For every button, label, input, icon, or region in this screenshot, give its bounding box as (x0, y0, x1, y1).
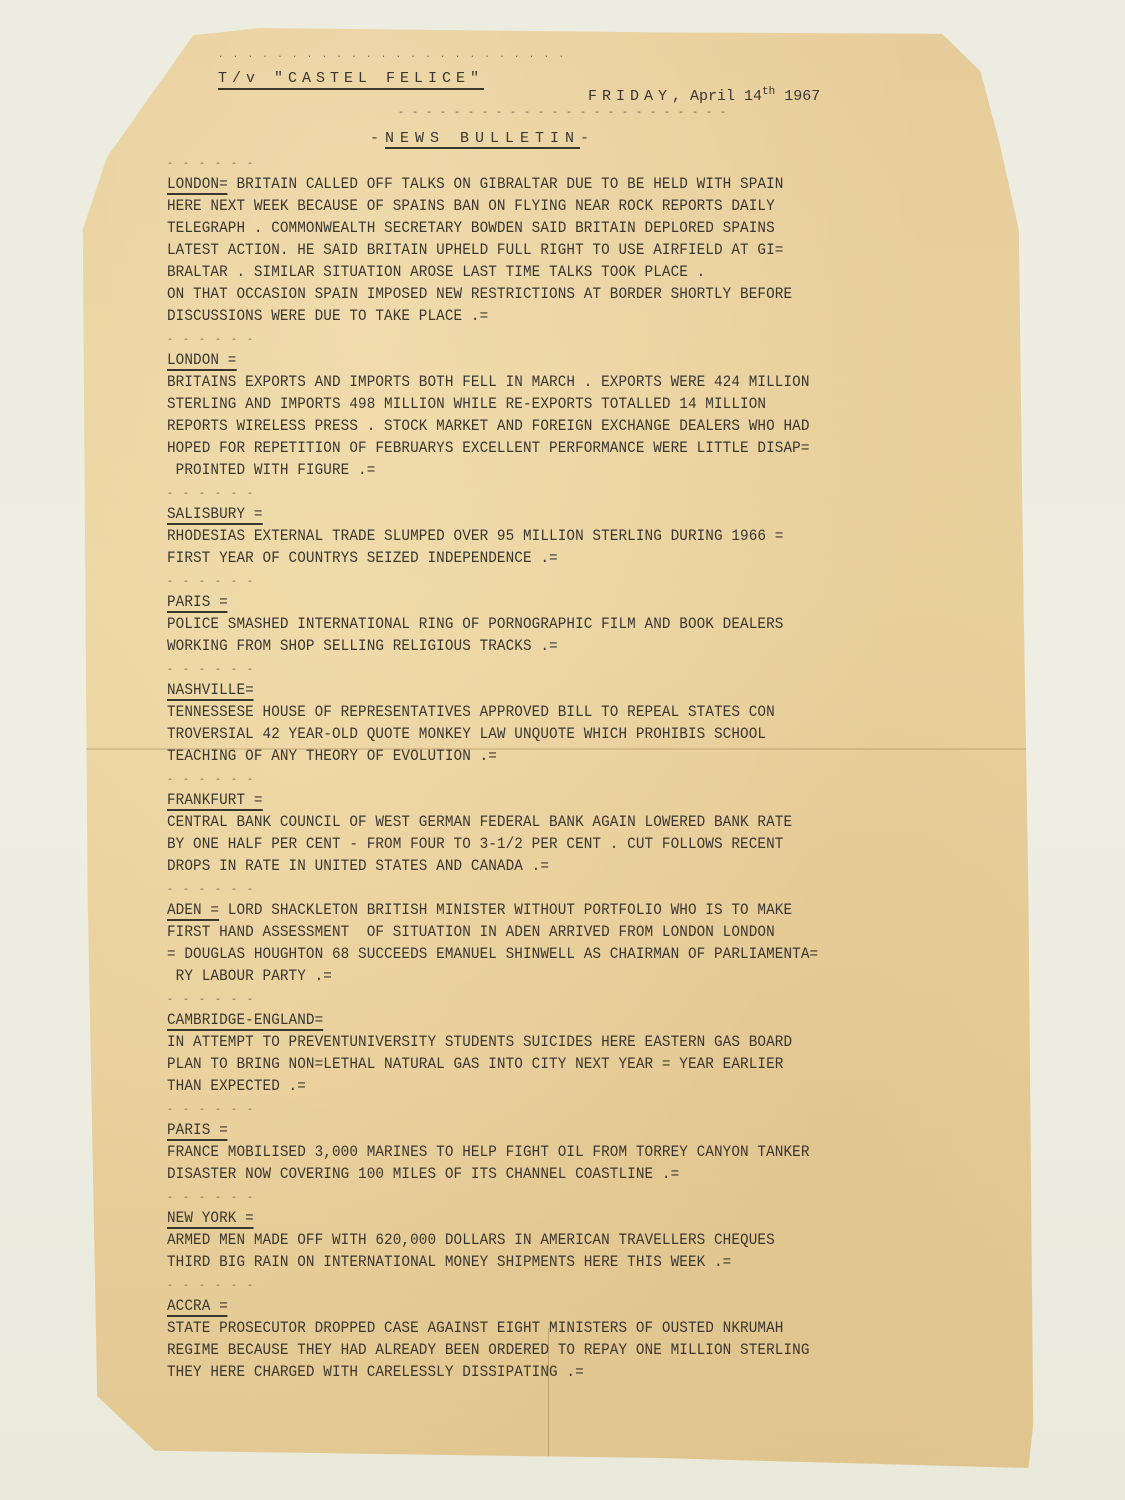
news-item: CAMBRIDGE-ENGLAND=IN ATTEMPT TO PREVENTU… (167, 1009, 1027, 1097)
news-dateline: LONDON= (167, 175, 228, 195)
news-text-line: = DOUGLAS HOUGHTON 68 SUCCEEDS EMANUEL S… (167, 943, 967, 965)
news-text-line: HERE NEXT WEEK BECAUSE OF SPAINS BAN ON … (167, 195, 967, 217)
news-text-line: TROVERSIAL 42 YEAR-OLD QUOTE MONKEY LAW … (167, 723, 967, 745)
news-text-line: IN ATTEMPT TO PREVENTUNIVERSITY STUDENTS… (167, 1031, 967, 1053)
news-item: ADEN = LORD SHACKLETON BRITISH MINISTER … (167, 899, 1027, 987)
news-text-line: PROINTED WITH FIGURE .= (167, 459, 967, 481)
item-separator: - - - - - - (167, 993, 1027, 1009)
news-text-line: REPORTS WIRELESS PRESS . STOCK MARKET AN… (167, 415, 967, 437)
news-text-line: TEACHING OF ANY THEORY OF EVOLUTION .= (167, 745, 967, 767)
news-text-line: PLAN TO BRING NON=LETHAL NATURAL GAS INT… (167, 1053, 967, 1075)
news-dateline: NASHVILLE= (167, 681, 254, 701)
news-text-line: FIRST YEAR OF COUNTRYS SEIZED INDEPENDEN… (167, 547, 967, 569)
news-text-line: DISCUSSIONS WERE DUE TO TAKE PLACE .= (167, 305, 967, 327)
news-text-line: DROPS IN RATE IN UNITED STATES AND CANAD… (167, 855, 967, 877)
item-separator: - - - - - - (167, 1103, 1027, 1119)
news-text-line: BY ONE HALF PER CENT - FROM FOUR TO 3-1/… (167, 833, 967, 855)
item-separator: - - - - - - (167, 333, 1027, 349)
news-item: PARIS =FRANCE MOBILISED 3,000 MARINES TO… (167, 1119, 1027, 1185)
news-text-line: POLICE SMASHED INTERNATIONAL RING OF POR… (167, 613, 967, 635)
news-text-line: RY LABOUR PARTY .= (167, 965, 967, 987)
item-separator: - - - - - - (167, 157, 1027, 173)
bulletin-title: -NEWS BULLETIN- (370, 130, 595, 147)
news-item: ACCRA =STATE PROSECUTOR DROPPED CASE AGA… (167, 1295, 1027, 1383)
date-year: 1967 (775, 88, 820, 105)
news-text-line: ON THAT OCCASION SPAIN IMPOSED NEW RESTR… (167, 283, 967, 305)
news-item: FRANKFURT =CENTRAL BANK COUNCIL OF WEST … (167, 789, 1027, 877)
news-dateline: PARIS = (167, 1121, 228, 1141)
news-text-line: WORKING FROM SHOP SELLING RELIGIOUS TRAC… (167, 635, 967, 657)
news-dateline: LONDON = (167, 351, 236, 371)
item-separator: - - - - - - (167, 575, 1027, 591)
date-day: FRIDAY (588, 88, 672, 105)
news-text-line: FRANCE MOBILISED 3,000 MARINES TO HELP F… (167, 1141, 967, 1163)
news-text-line: RHODESIAS EXTERNAL TRADE SLUMPED OVER 95… (167, 525, 967, 547)
news-text-line: CENTRAL BANK COUNCIL OF WEST GERMAN FEDE… (167, 811, 967, 833)
news-dateline: PARIS = (167, 593, 228, 613)
news-text-line: THAN EXPECTED .= (167, 1075, 967, 1097)
news-dateline: CAMBRIDGE-ENGLAND= (167, 1011, 323, 1031)
news-item: LONDON= BRITAIN CALLED OFF TALKS ON GIBR… (167, 173, 1027, 327)
news-text-line: REGIME BECAUSE THEY HAD ALREADY BEEN ORD… (167, 1339, 967, 1361)
news-text-line: TENNESSESE HOUSE OF REPRESENTATIVES APPR… (167, 701, 967, 723)
news-items: - - - - - -LONDON= BRITAIN CALLED OFF TA… (167, 157, 1027, 1389)
news-item: NEW YORK =ARMED MEN MADE OFF WITH 620,00… (167, 1207, 1027, 1273)
news-item: SALISBURY =RHODESIAS EXTERNAL TRADE SLUM… (167, 503, 1027, 569)
news-text-line: THIRD BIG RAIN ON INTERNATIONAL MONEY SH… (167, 1251, 967, 1273)
item-separator: - - - - - - (167, 773, 1027, 789)
item-separator: - - - - - - (167, 1191, 1027, 1207)
news-text-line: BRITAIN CALLED OFF TALKS ON GIBRALTAR DU… (228, 175, 784, 193)
item-separator: - - - - - - (167, 883, 1027, 899)
news-dateline: ACCRA = (167, 1297, 228, 1317)
news-dateline: ADEN = (167, 901, 219, 921)
news-item: NASHVILLE=TENNESSESE HOUSE OF REPRESENTA… (167, 679, 1027, 767)
news-dateline: SALISBURY = (167, 505, 263, 525)
news-item: LONDON =BRITAINS EXPORTS AND IMPORTS BOT… (167, 349, 1027, 481)
news-text-line: BRITAINS EXPORTS AND IMPORTS BOTH FELL I… (167, 371, 967, 393)
date-month-day: , April 14 (672, 88, 762, 105)
news-text-line: LATEST ACTION. HE SAID BRITAIN UPHELD FU… (167, 239, 967, 261)
news-dateline: FRANKFURT = (167, 791, 263, 811)
title-dotted-line: - - - - - - - - - - - - - - - - - - - - … (398, 108, 727, 119)
news-text-line: FIRST HAND ASSESSMENT OF SITUATION IN AD… (167, 921, 967, 943)
item-separator: - - - - - - (167, 1279, 1027, 1295)
news-text-line: BRALTAR . SIMILAR SITUATION AROSE LAST T… (167, 261, 967, 283)
bulletin-date: FRIDAY, April 14th 1967 (588, 86, 820, 105)
news-text-line: HOPED FOR REPETITION OF FEBRUARYS EXCELL… (167, 437, 967, 459)
news-text-line: THEY HERE CHARGED WITH CARELESSLY DISSIP… (167, 1361, 967, 1383)
news-text-line: DISASTER NOW COVERING 100 MILES OF ITS C… (167, 1163, 967, 1185)
news-text-line: TELEGRAPH . COMMONWEALTH SECRETARY BOWDE… (167, 217, 967, 239)
header-dotted-line: · · · · · · · · · · · · · · · · · · · · … (218, 52, 566, 62)
item-separator: - - - - - - (167, 663, 1027, 679)
news-text-line: LORD SHACKLETON BRITISH MINISTER WITHOUT… (219, 901, 792, 919)
date-ordinal: th (762, 86, 775, 98)
news-text-line: STATE PROSECUTOR DROPPED CASE AGAINST EI… (167, 1317, 967, 1339)
news-item: PARIS =POLICE SMASHED INTERNATIONAL RING… (167, 591, 1027, 657)
bulletin-title-text: NEWS BULLETIN (385, 130, 580, 149)
news-text-line: STERLING AND IMPORTS 498 MILLION WHILE R… (167, 393, 967, 415)
news-dateline: NEW YORK = (167, 1209, 254, 1229)
ship-name: T/v "CASTEL FELICE" (218, 70, 484, 90)
news-text-line: ARMED MEN MADE OFF WITH 620,000 DOLLARS … (167, 1229, 967, 1251)
item-separator: - - - - - - (167, 487, 1027, 503)
